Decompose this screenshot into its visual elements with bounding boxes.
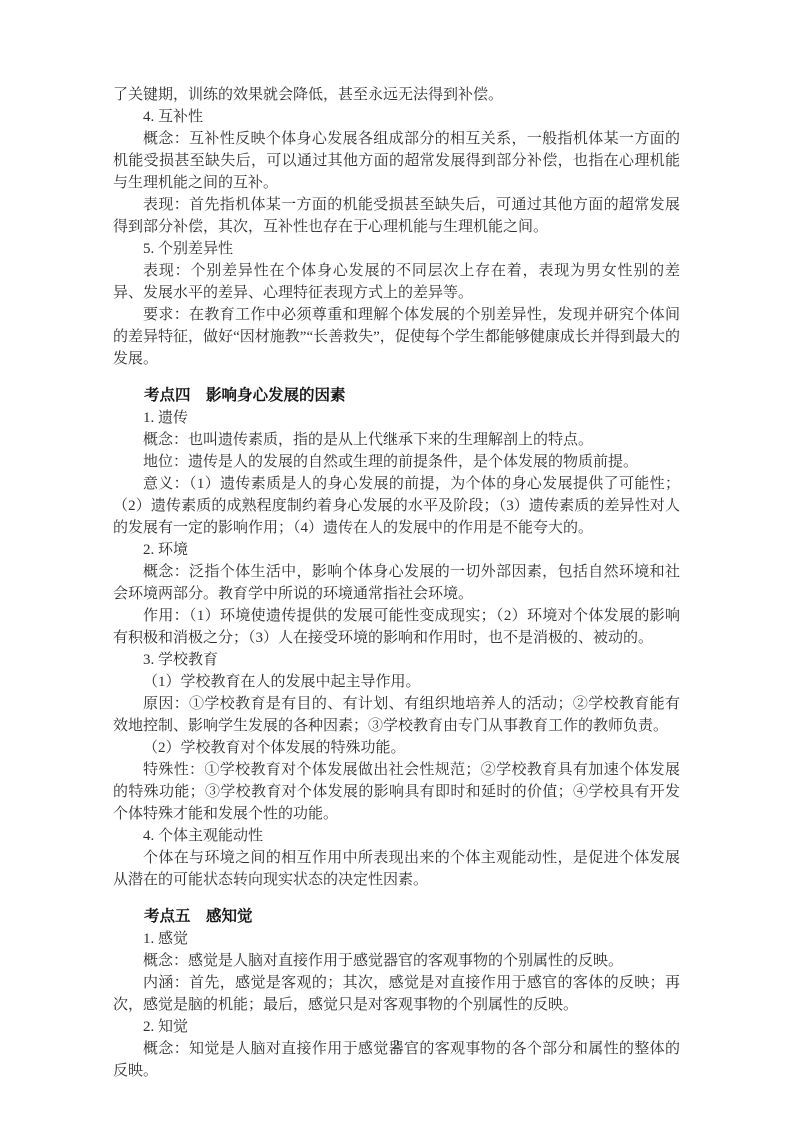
paragraph: 意义：（1）遗传素质是人的身心发展的前提，为个体的身心发展提供了可能性；（2）遗…	[113, 473, 680, 539]
paragraph: 4. 互补性	[113, 106, 680, 128]
paragraph: 概念：互补性反映个体身心发展各组成部分的相互关系，一般指机体某一方面的机能受损甚…	[113, 128, 680, 194]
section-heading: 考点五 感知觉	[113, 906, 680, 928]
paragraph: 要求：在教育工作中必须尊重和理解个体发展的个别差异性，发现并研究个体间的差异特征…	[113, 304, 680, 370]
paragraph: 3. 学校教育	[113, 649, 680, 671]
paragraph: （1）学校教育在人的发展中起主导作用。	[113, 671, 680, 693]
paragraph: 概念：感觉是人脑对直接作用于感觉器官的客观事物的个别属性的反映。	[113, 950, 680, 972]
paragraph: 2. 环境	[113, 539, 680, 561]
paragraph: 表现：首先指机体某一方面的机能受损甚至缺失后，可通过其他方面的超常发展得到部分补…	[113, 194, 680, 238]
paragraph: 概念：也叫遗传素质，指的是从上代继承下来的生理解剖上的特点。	[113, 429, 680, 451]
paragraph: 原因：①学校教育是有目的、有计划、有组织地培养人的活动；②学校教育能有效地控制、…	[113, 693, 680, 737]
paragraph: 1. 遗传	[113, 407, 680, 429]
paragraph: 内涵：首先，感觉是客观的；其次，感觉是对直接作用于感官的客体的反映；再次，感觉是…	[113, 972, 680, 1016]
page-number: 2	[0, 1038, 793, 1054]
paragraph: 地位：遗传是人的发展的自然或生理的前提条件，是个体发展的物质前提。	[113, 451, 680, 473]
section-heading: 考点四 影响身心发展的因素	[113, 385, 680, 407]
paragraph: （2）学校教育对个体发展的特殊功能。	[113, 737, 680, 759]
paragraph: 表现：个别差异性在个体身心发展的不同层次上存在着，表现为男女性别的差异、发展水平…	[113, 260, 680, 304]
paragraph: 个体在与环境之间的相互作用中所表现出来的个体主观能动性，是促进个体发展从潜在的可…	[113, 847, 680, 891]
paragraph: 4. 个体主观能动性	[113, 825, 680, 847]
document-page: 了关键期，训练的效果就会降低，甚至永远无法得到补偿。4. 互补性概念：互补性反映…	[0, 0, 793, 1122]
paragraph: 特殊性：①学校教育对个体发展做出社会性规范；②学校教育具有加速个体发展的特殊功能…	[113, 759, 680, 825]
page-body: 了关键期，训练的效果就会降低，甚至永远无法得到补偿。4. 互补性概念：互补性反映…	[113, 84, 680, 1082]
paragraph: 了关键期，训练的效果就会降低，甚至永远无法得到补偿。	[113, 84, 680, 106]
paragraph: 5. 个别差异性	[113, 238, 680, 260]
paragraph: 作用：（1）环境使遗传提供的发展可能性变成现实；（2）环境对个体发展的影响有积极…	[113, 605, 680, 649]
paragraph: 1. 感觉	[113, 928, 680, 950]
paragraph: 概念：泛指个体生活中，影响个体身心发展的一切外部因素，包括自然环境和社会环境两部…	[113, 561, 680, 605]
paragraph: 2. 知觉	[113, 1016, 680, 1038]
